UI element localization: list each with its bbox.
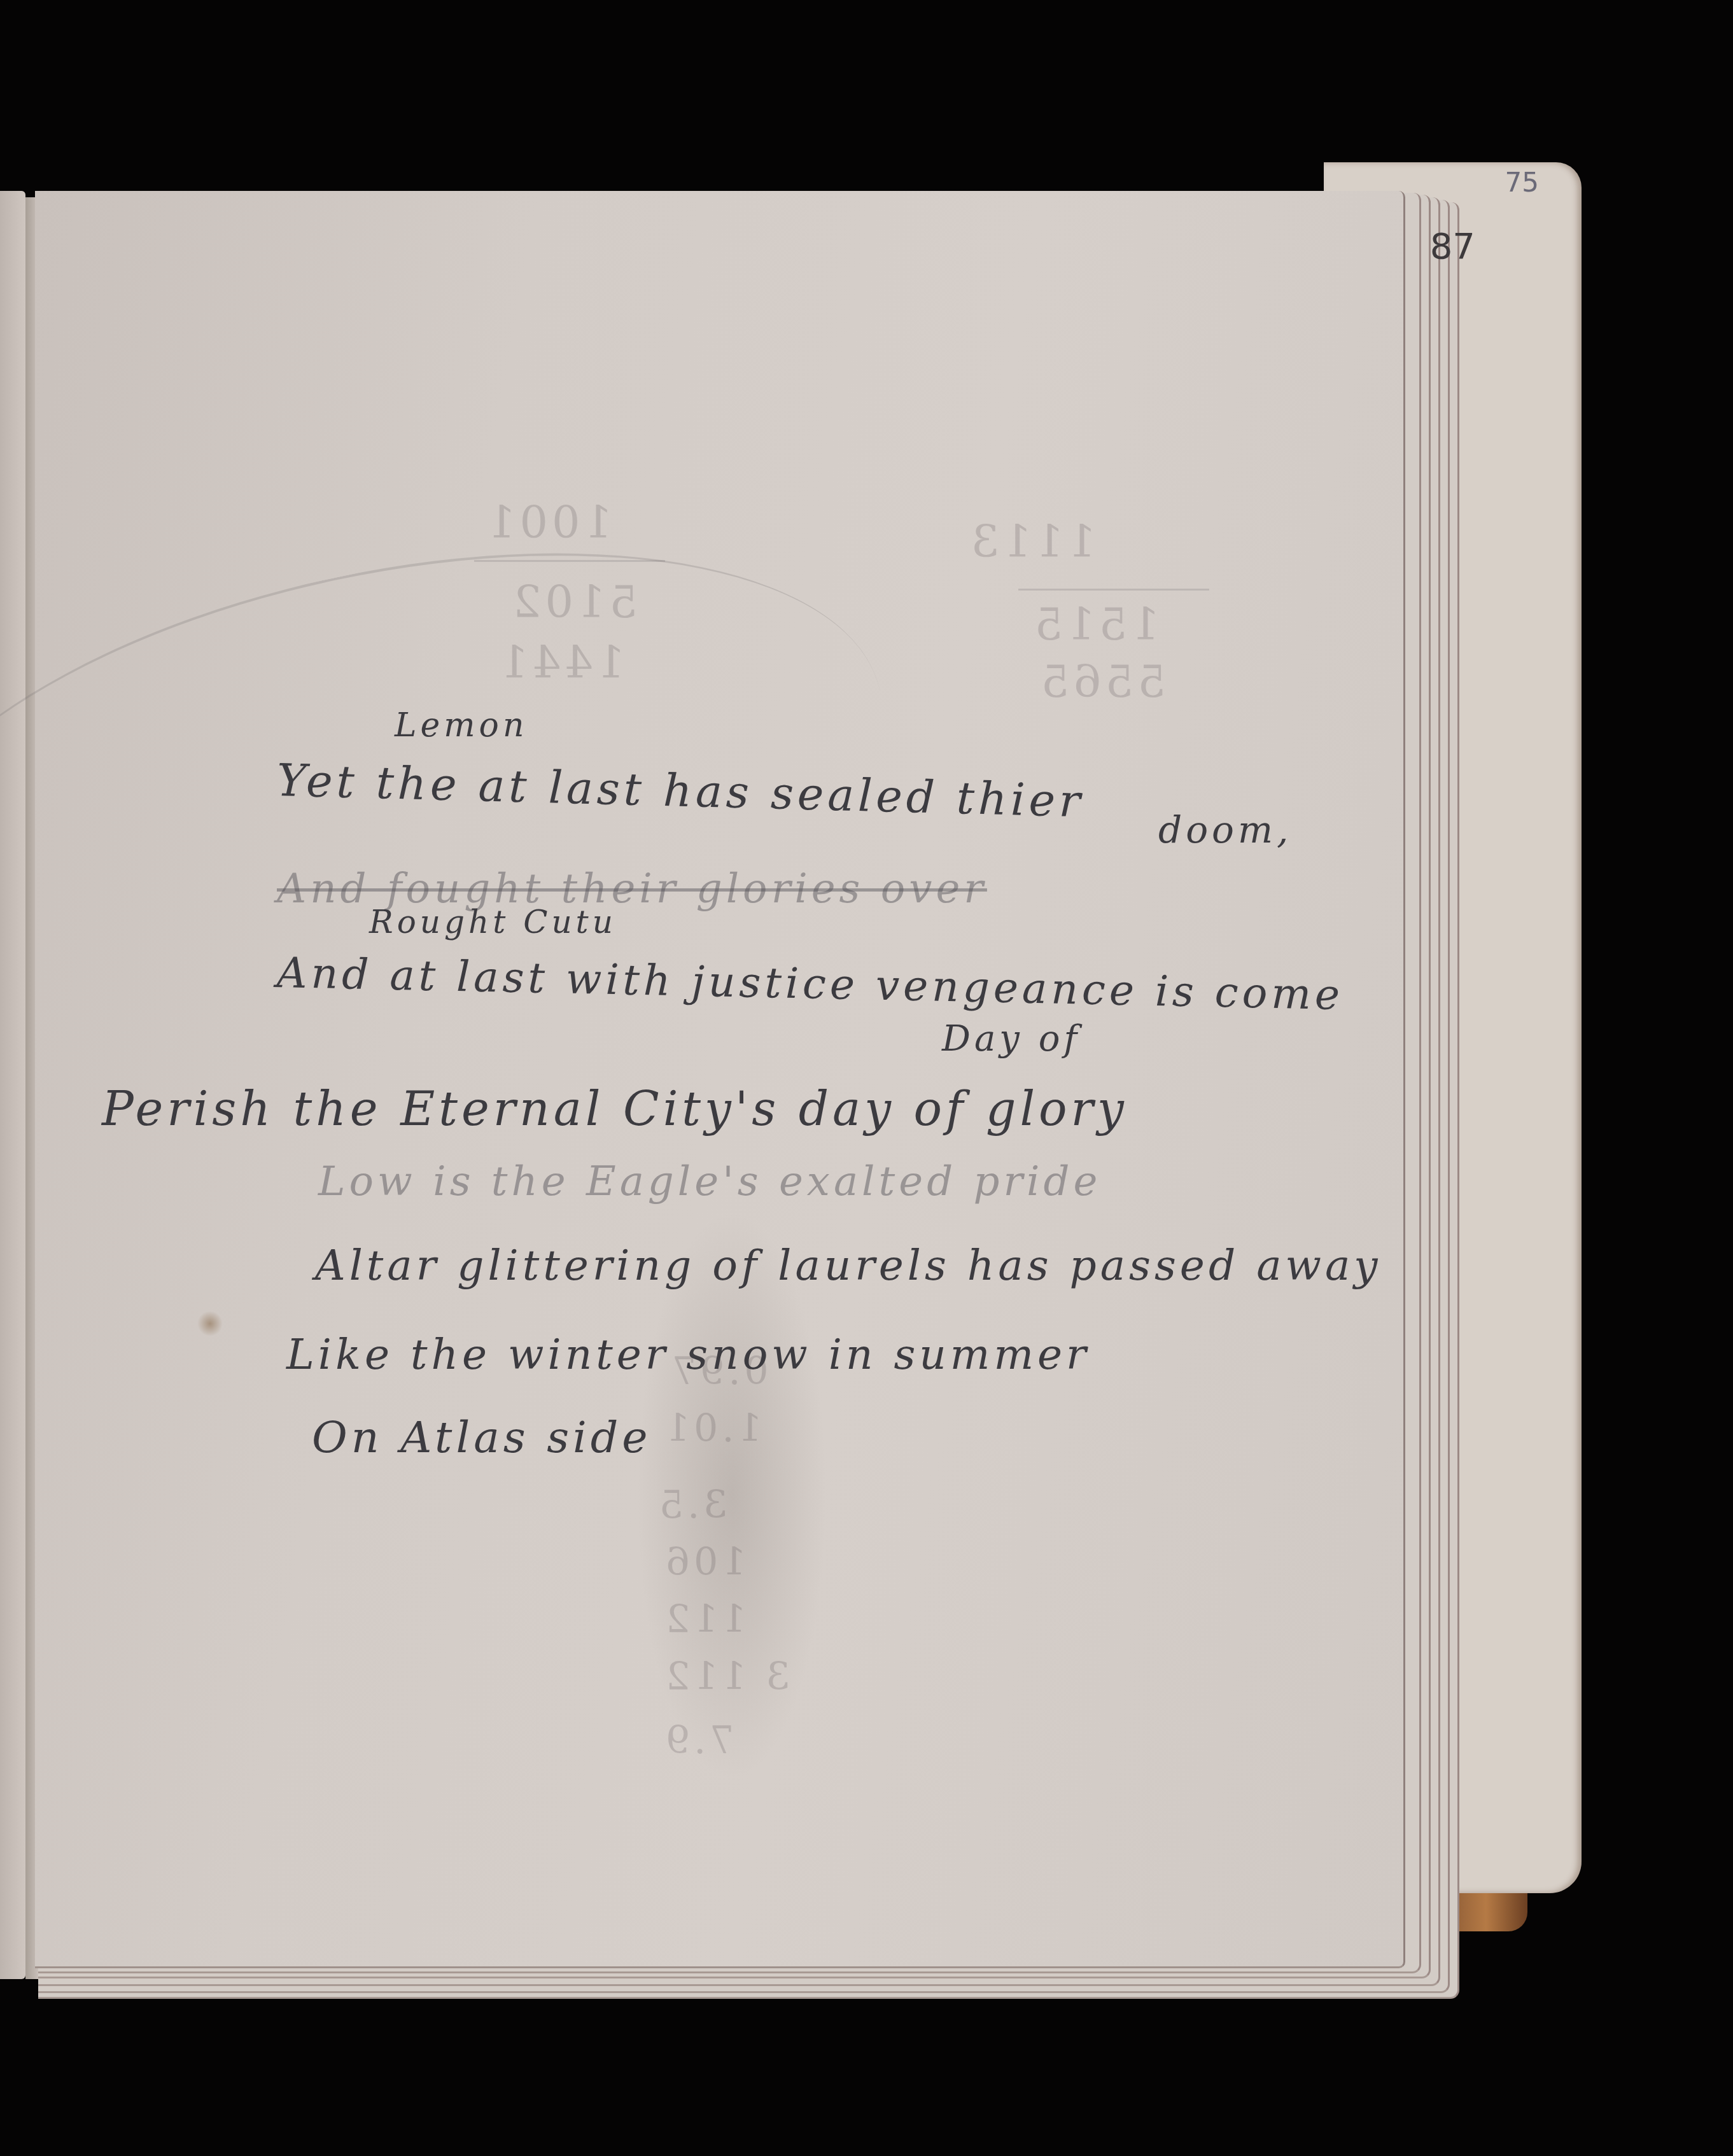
manuscript-line-4: Perish the Eternal City's day of glory <box>102 1082 1128 1137</box>
manuscript-line-5: Low is the Eagle's exalted pride <box>318 1158 1101 1205</box>
bleed-through-number: 1441 <box>496 636 625 689</box>
manuscript-line-1-continuation: doom, <box>1158 808 1292 851</box>
interlinear-revision-2: Day of <box>942 1018 1081 1060</box>
bleed-through-number: 3.5 <box>656 1483 727 1527</box>
bleed-through-number: 5102 <box>509 576 638 628</box>
bleed-through-number: 1001 <box>484 496 612 549</box>
bleed-through-number: 106 <box>662 1540 747 1585</box>
bleed-through-number: 1515 <box>1031 598 1160 650</box>
interlinear-insertion: Lemon <box>395 706 528 745</box>
bleed-through-number: 112 <box>662 1597 747 1642</box>
bleed-through-number: 1.01 <box>662 1406 762 1451</box>
left-facing-page <box>0 191 25 1979</box>
page-number: 87 <box>1430 226 1475 267</box>
stain-spot <box>197 1311 223 1336</box>
interlinear-revision: Rought Cutu <box>369 904 617 941</box>
bleed-through-number: 7.9 <box>662 1718 734 1763</box>
back-page-number: 75 <box>1505 167 1539 198</box>
bleed-through-rule <box>474 560 665 562</box>
bleed-through-number: 3 112 <box>662 1655 790 1699</box>
bleed-through-rule <box>1018 589 1209 591</box>
bleed-through-number: 5565 <box>1037 655 1166 708</box>
manuscript-line-7: Like the winter snow in summer <box>286 1330 1090 1379</box>
manuscript-line-8: On Atlas side <box>312 1413 652 1463</box>
manuscript-line-6: Altar glittering of laurels has passed a… <box>315 1241 1382 1290</box>
bleed-through-number: 1113 <box>967 515 1096 568</box>
